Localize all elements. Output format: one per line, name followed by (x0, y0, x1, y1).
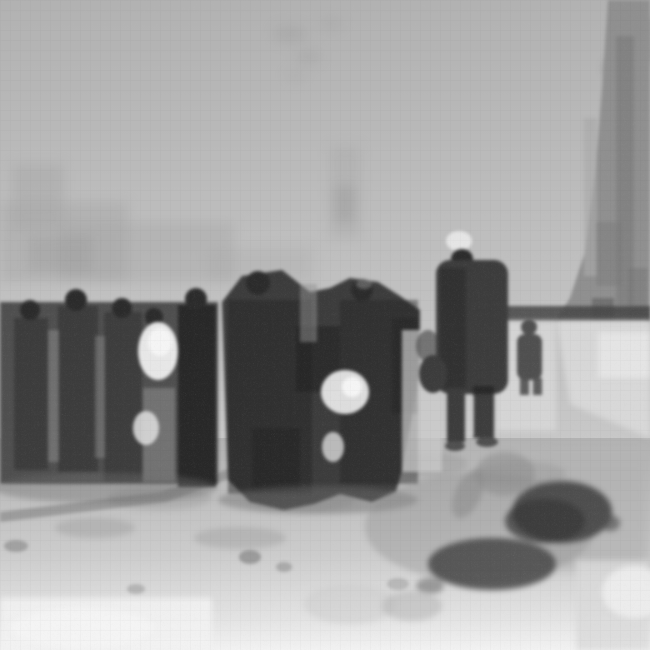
pixel-grid-overlay (0, 0, 650, 650)
photo-frame: Grainy black-and-white winter photograph… (0, 0, 650, 650)
photo-canvas (0, 0, 650, 650)
